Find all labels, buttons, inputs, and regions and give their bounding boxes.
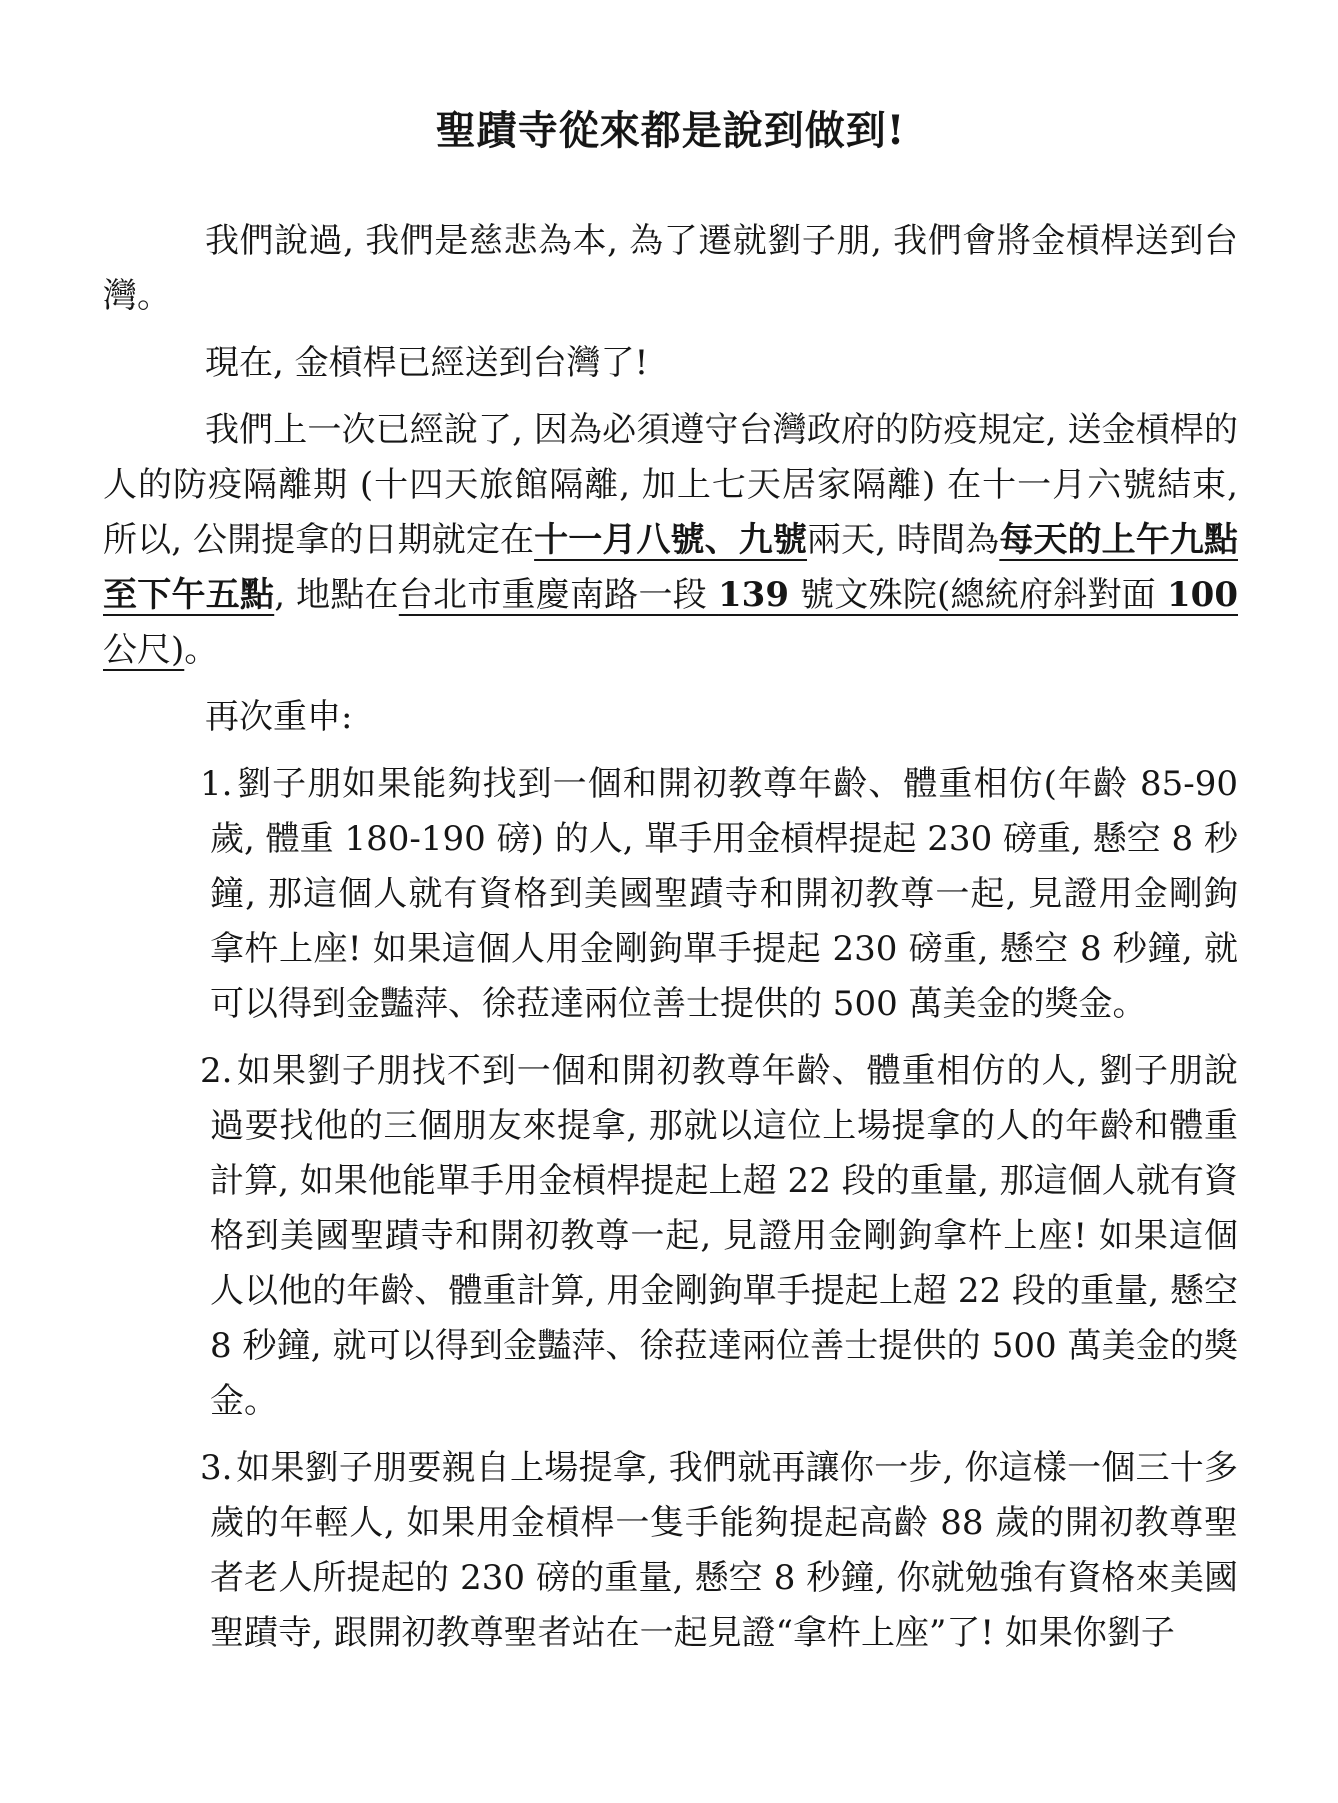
text-run: 劉子朋如果能夠找到一個和開初教尊年齡、體重相仿(年齡 85-90 歲, 體重 1… [210, 764, 1238, 1024]
text-run: 如果劉子朋要親自上場提拿, 我們就再讓你一步, 你這樣一個三十多歲的年輕人, 如… [210, 1448, 1238, 1653]
text-run: 兩天, 時間為 [807, 520, 999, 560]
list-item-number: 2. [200, 1044, 236, 1099]
paragraph: 再次重申: [103, 690, 1238, 745]
list-item-number: 1. [200, 757, 236, 812]
text-run: 我們說過, 我們是慈悲為本, 為了遷就劉子朋, 我們會將金槓桿送到台灣。 [103, 221, 1238, 316]
paragraph: 我們說過, 我們是慈悲為本, 為了遷就劉子朋, 我們會將金槓桿送到台灣。 [103, 214, 1238, 324]
text-run: 。 [184, 630, 218, 670]
text-run: 現在, 金槓桿已經送到台灣了! [205, 343, 648, 383]
paragraph: 現在, 金槓桿已經送到台灣了! [103, 336, 1238, 391]
text-run: , 地點在 [274, 575, 399, 615]
numbered-list: 1.劉子朋如果能夠找到一個和開初教尊年齡、體重相仿(年齡 85-90 歲, 體重… [103, 757, 1238, 1661]
list-item: 1.劉子朋如果能夠找到一個和開初教尊年齡、體重相仿(年齡 85-90 歲, 體重… [210, 757, 1238, 1032]
list-item-number: 3. [200, 1441, 236, 1496]
list-item: 2.如果劉子朋找不到一個和開初教尊年齡、體重相仿的人, 劉子朋說過要找他的三個朋… [210, 1044, 1238, 1429]
text-run: 台北市重慶南路一段 [399, 575, 718, 615]
text-run: 號文殊院(總統府斜對面 [789, 575, 1167, 615]
paragraph: 我們上一次已經說了, 因為必須遵守台灣政府的防疫規定, 送金槓桿的人的防疫隔離期… [103, 403, 1238, 678]
document-page: 聖蹟寺從來都是說到做到! 我們說過, 我們是慈悲為本, 為了遷就劉子朋, 我們會… [0, 0, 1338, 1803]
text-run: 公尺) [103, 630, 184, 670]
document-title: 聖蹟寺從來都是說到做到! [103, 100, 1238, 162]
text-run: 十一月八號、九號 [534, 520, 807, 560]
paragraph-container: 我們說過, 我們是慈悲為本, 為了遷就劉子朋, 我們會將金槓桿送到台灣。現在, … [103, 214, 1238, 745]
text-run: 如果劉子朋找不到一個和開初教尊年齡、體重相仿的人, 劉子朋說過要找他的三個朋友來… [210, 1051, 1238, 1421]
text-run: 再次重申: [205, 697, 352, 737]
list-item: 3.如果劉子朋要親自上場提拿, 我們就再讓你一步, 你這樣一個三十多歲的年輕人,… [210, 1441, 1238, 1661]
text-run: 100 [1167, 575, 1238, 615]
text-run: 139 [718, 575, 789, 615]
